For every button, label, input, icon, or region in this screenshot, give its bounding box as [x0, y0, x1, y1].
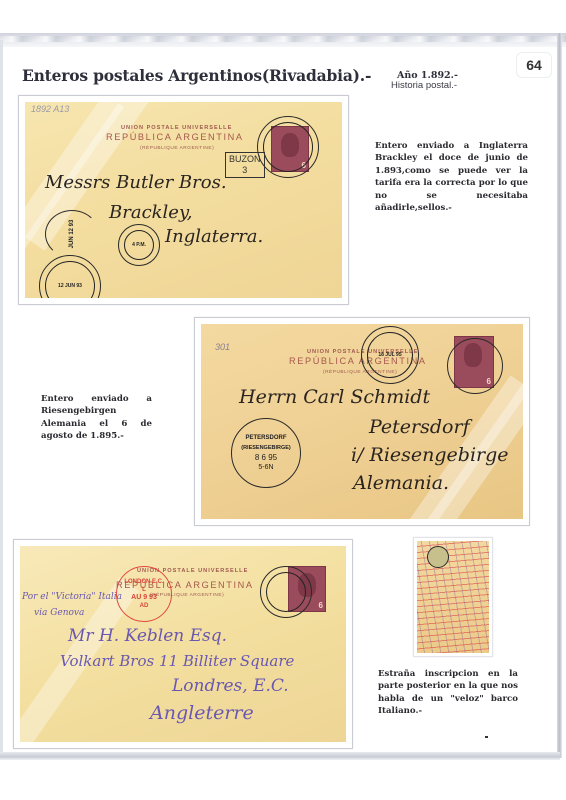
- postmark-petersdorf: PETERSDORF (RIESENGEBIRGE) 8 6 95 5-6N: [231, 418, 301, 488]
- address-line-2: Volkart Bros 11 Billiter Square: [60, 652, 294, 670]
- address-line-2: Brackley,: [109, 202, 192, 223]
- pencil-note: 1892 A13: [31, 104, 69, 114]
- postmark-london-ec: LONDON E.C. L AU 9 93 AD: [116, 566, 172, 622]
- postmark-stamp-cancel: [447, 338, 503, 394]
- address-line-3: Londres, E.C.: [172, 676, 289, 696]
- sleeve-top-edge: [0, 33, 566, 47]
- address-line-4: Alemania.: [353, 472, 449, 494]
- caption-card-1: Entero enviado a Inglaterra Brackley el …: [375, 140, 528, 214]
- postmark-buzon-central: [257, 116, 319, 178]
- page-number: 64: [516, 52, 552, 78]
- postal-card-4-image: [417, 541, 489, 653]
- postmark-buzon-buenos-aires: 12 JUN 93: [39, 255, 101, 298]
- pencil-note: 301: [215, 342, 230, 352]
- sleeve-right-edge: [557, 33, 562, 758]
- card-header-republica: REPÚBLICA ARGENTINA: [106, 132, 244, 142]
- sleeve-bottom-edge: [0, 752, 560, 760]
- subtitle-label: Historia postal.-: [391, 80, 457, 91]
- address-line-4: Angleterre: [150, 702, 254, 724]
- postal-card-2: 301 UNION POSTALE UNIVERSELLE REPÚBLICA …: [194, 317, 530, 526]
- postal-card-3-image: UNION POSTALE UNIVERSELLE REPÚBLICA ARGE…: [20, 546, 346, 742]
- postmark-buenos-aires: 18 JUL 95: [361, 326, 419, 384]
- postmark-reverse: [427, 546, 449, 568]
- postmark-capital: 4 P.M.: [118, 224, 160, 266]
- postal-card-3: UNION POSTALE UNIVERSELLE REPÚBLICA ARGE…: [13, 539, 353, 749]
- caption-card-2: Entero enviado a Riesengebirgen Alemania…: [41, 393, 152, 443]
- card-header-republique: (RÉPUBLIQUE ARGENTINE): [140, 146, 214, 151]
- decorative-dot: [485, 736, 488, 738]
- address-line-3: Inglaterra.: [165, 226, 263, 247]
- routing-note-line-1: Por el "Victoria" Italia: [22, 592, 122, 602]
- postmark-sucursal-centro-oeste: [260, 566, 312, 618]
- postal-card-1: 1892 A13 UNION POSTALE UNIVERSELLE REPÚB…: [18, 95, 349, 305]
- postal-card-4-reverse: [413, 537, 493, 657]
- box-postmark: BUZON3: [225, 152, 265, 178]
- address-line-2: Petersdorf: [369, 416, 470, 438]
- address-line-1: Mr H. Keblen Esq.: [68, 626, 227, 646]
- postal-card-1-image: 1892 A13 UNION POSTALE UNIVERSELLE REPÚB…: [25, 102, 342, 298]
- postmark-arrival: JUN 12 93: [45, 210, 99, 258]
- caption-card-4: Estraña inscripcion en la parte posterio…: [378, 668, 518, 718]
- postal-card-2-image: 301 UNION POSTALE UNIVERSELLE REPÚBLICA …: [201, 324, 523, 519]
- address-line-3: i/ Riesengebirge: [351, 444, 509, 466]
- address-line-1: Herrn Carl Schmidt: [239, 386, 430, 408]
- routing-note-line-2: via Genova: [34, 608, 84, 618]
- card-header-upu: UNION POSTALE UNIVERSELLE: [121, 125, 232, 131]
- address-line-1: Messrs Butler Bros.: [45, 172, 227, 193]
- page-title: Enteros postales Argentinos(Rivadabia).-: [22, 66, 371, 85]
